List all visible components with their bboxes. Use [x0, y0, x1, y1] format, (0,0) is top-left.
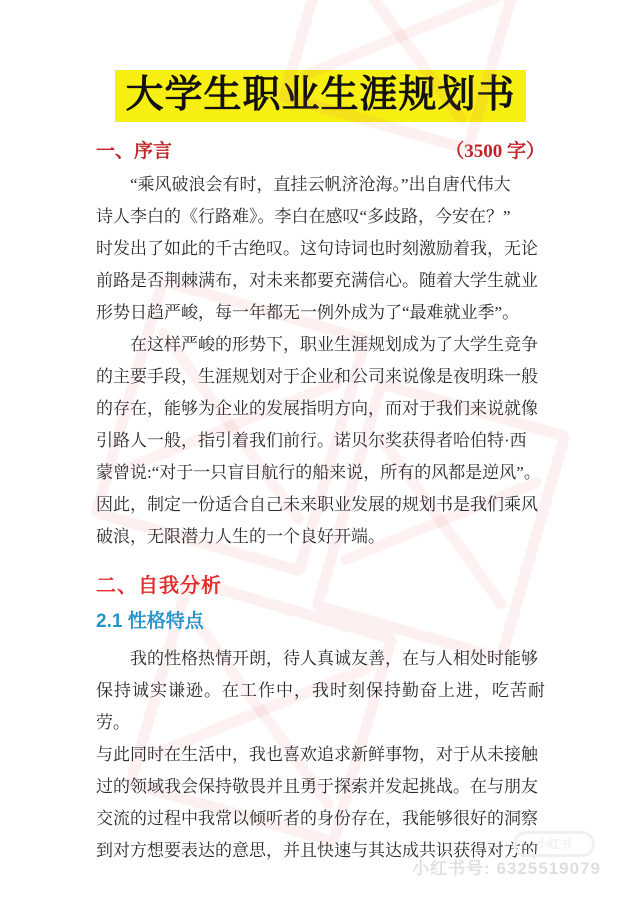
word-count-note: （3500 字）: [445, 136, 545, 163]
title-row: 大学生职业生涯规划书: [86, 70, 555, 122]
paragraph-preface-1: “乘风破浪会有时，直挂云帆济沧海。”出自唐代伟大 诗人李白的《行路难》。李白在感…: [96, 169, 545, 329]
document-page: 大学生职业生涯规划书 一、序言 （3500 字） “乘风破浪会有时，直挂云帆济沧…: [0, 0, 639, 904]
subsection-heading-personality: 2.1 性格特点: [96, 606, 545, 633]
section-heading-self-analysis: 二、自我分析: [96, 569, 545, 598]
page-title: 大学生职业生涯规划书: [115, 70, 525, 122]
xiaohongshu-id-watermark: 小红书号: 6325519079: [412, 854, 601, 879]
preface-heading-row: 一、序言 （3500 字）: [96, 136, 545, 163]
paragraph-preface-2: 在这样严峻的形势下，职业生涯规划成为了大学生竞争 的主要手段，生涯规划对于企业和…: [96, 329, 545, 553]
paragraph-personality-1: 我的性格热情开朗，待人真诚友善，在与人相处时能够 保持诚实谦逊。在工作中，我时刻…: [96, 643, 545, 867]
section-heading-preface: 一、序言: [96, 136, 172, 163]
